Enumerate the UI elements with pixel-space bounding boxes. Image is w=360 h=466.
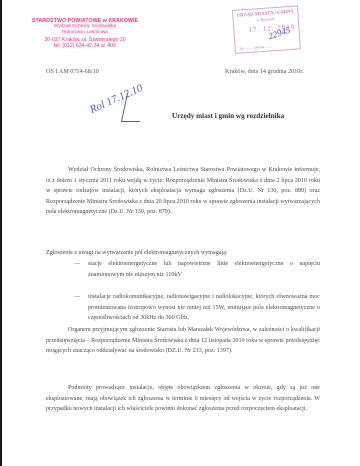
list-item: — instalacje radiokomunikacyjne, radiona… xyxy=(74,292,320,324)
stamp-line: tel. (012) 634-42-34 w. 406 xyxy=(30,43,140,49)
recipient: Urzędy miast i gmin wg rozdzielnika xyxy=(172,112,284,120)
paragraph-2: Zgłoszenia z uwagi na wytwarzanie pól el… xyxy=(46,248,320,259)
paragraph-3: Organem przyjmującym zgłoszenie Starosta… xyxy=(46,325,320,357)
paragraph-4: Podmioty prowadzące instalacje, objęte o… xyxy=(46,383,320,415)
scan-edge xyxy=(0,0,2,466)
dash-bullet-icon: — xyxy=(74,259,80,270)
list-item-text: instalacje radiokomunikacyjne, radionawi… xyxy=(88,294,320,321)
stamp-line: 30-037 Kraków, ul. Szwoerziego 20 xyxy=(30,37,140,43)
receipt-stamp-footer: zał. ......... podpis ........ xyxy=(240,44,273,50)
list-item-text: stacje elektroenergetyczne lub napowietr… xyxy=(88,261,320,278)
office-stamp: STAROSTWO POWIATOWE w KRAKOWIE Wydział O… xyxy=(30,18,140,49)
place-date: Kraków, dnia 14 grudnia 2010r. xyxy=(225,68,304,75)
paragraph-1: Wydział Ochrony Środowiska, Rolnictwa Le… xyxy=(46,165,320,218)
reference-number: OS I AM 0714-68/10 xyxy=(46,68,99,75)
list-item: — stacje elektroenergetyczne lub napowie… xyxy=(74,259,320,280)
dash-bullet-icon: — xyxy=(74,292,80,303)
